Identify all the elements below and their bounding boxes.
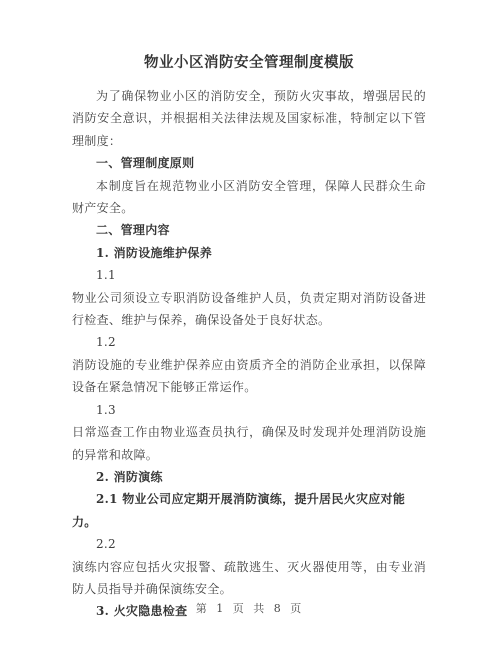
clause-1-1-paragraph: 物业公司须设立专职消防设备维护人员，负责定期对消防设备进行检查、维护与保养，确保… (72, 287, 426, 332)
section-1-heading: 一、管理制度原则 (72, 152, 426, 174)
clause-1-3-number: 1.3 (72, 399, 426, 421)
clause-1-2-number: 1.2 (72, 331, 426, 353)
page-title: 物业小区消防安全管理制度模版 (72, 52, 426, 74)
clause-1-1-number: 1.1 (72, 264, 426, 286)
page-number: 第 1 页 共 8 页 (0, 601, 500, 617)
clause-2-2-paragraph: 演练内容应包括火灾报警、疏散逃生、灭火器使用等，由专业消防人员指导并确保演练安全… (72, 556, 426, 601)
section-2-heading: 二、管理内容 (72, 219, 426, 241)
intro-paragraph: 为了确保物业小区的消防安全，预防火灾事故，增强居民的消防安全意识，并根据相关法律… (72, 85, 426, 152)
section-1-paragraph: 本制度旨在规范物业小区消防安全管理，保障人民群众生命财产安全。 (72, 175, 426, 220)
document-page: 物业小区消防安全管理制度模版 为了确保物业小区的消防安全，预防火灾事故，增强居民… (0, 0, 500, 647)
clause-2-2-number: 2.2 (72, 533, 426, 555)
clause-1-3-paragraph: 日常巡查工作由物业巡查员执行，确保及时发现并处理消防设施的异常和故障。 (72, 421, 426, 466)
subsection-2-heading: 2. 消防演练 (72, 466, 426, 488)
clause-1-2-paragraph: 消防设施的专业维护保养应由资质齐全的消防企业承担，以保障设备在紧急情况下能够正常… (72, 354, 426, 399)
subsection-1-heading: 1. 消防设施维护保养 (72, 242, 426, 264)
clause-2-1-heading: 2.1 物业公司应定期开展消防演练，提升居民火灾应对能力。 (72, 488, 426, 533)
document-content: 物业小区消防安全管理制度模版 为了确保物业小区的消防安全，预防火灾事故，增强居民… (72, 52, 426, 623)
